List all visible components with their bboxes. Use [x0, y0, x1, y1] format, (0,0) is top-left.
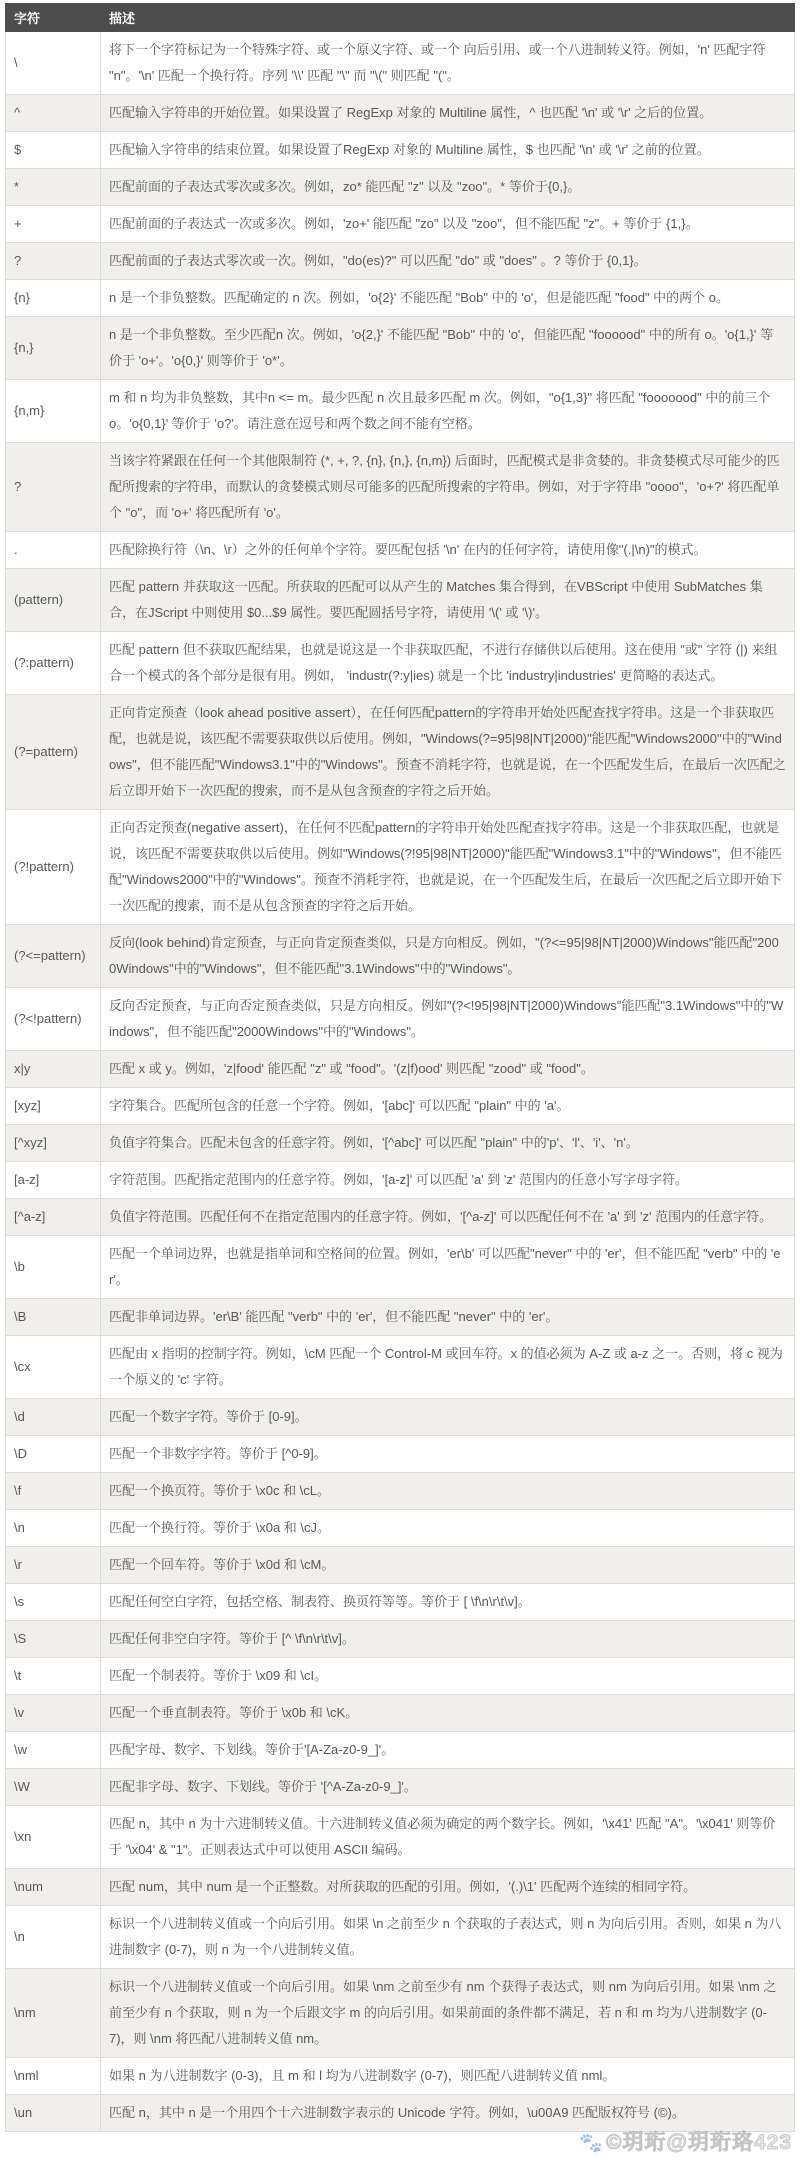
- table-row: \S匹配任何非空白字符。等价于 [^ \f\n\r\t\v]。: [6, 1621, 795, 1658]
- table-row: \t匹配一个制表符。等价于 \x09 和 \cI。: [6, 1658, 795, 1695]
- char-cell: \un: [6, 2095, 101, 2132]
- char-cell: \nm: [6, 1969, 101, 2058]
- char-cell: [^a-z]: [6, 1199, 101, 1236]
- desc-cell: 正向否定预查(negative assert)，在任何不匹配pattern的字符…: [101, 810, 795, 925]
- desc-cell: 标识一个八进制转义值或一个向后引用。如果 \nm 之前至少有 nm 个获得子表达…: [101, 1969, 795, 2058]
- char-cell: \b: [6, 1236, 101, 1299]
- char-cell: (?<=pattern): [6, 925, 101, 988]
- table-row: \num匹配 num，其中 num 是一个正整数。对所获取的匹配的引用。例如，'…: [6, 1869, 795, 1906]
- table-row: \s匹配任何空白字符，包括空格、制表符、换页符等等。等价于 [ \f\n\r\t…: [6, 1584, 795, 1621]
- table-row: ^匹配输入字符串的开始位置。如果设置了 RegExp 对象的 Multiline…: [6, 95, 795, 132]
- desc-cell: 匹配非字母、数字、下划线。等价于 '[^A-Za-z0-9_]'。: [101, 1769, 795, 1806]
- desc-cell: 负值字符集合。匹配未包含的任意字符。例如，'[^abc]' 可以匹配 "plai…: [101, 1125, 795, 1162]
- table-row: \nml如果 n 为八进制数字 (0-3)，且 m 和 l 均为八进制数字 (0…: [6, 2058, 795, 2095]
- table-row: \xn匹配 n，其中 n 为十六进制转义值。十六进制转义值必须为确定的两个数字长…: [6, 1806, 795, 1869]
- char-cell: {n,m}: [6, 380, 101, 443]
- desc-cell: 当该字符紧跟在任何一个其他限制符 (*, +, ?, {n}, {n,}, {n…: [101, 443, 795, 532]
- desc-cell: 字符集合。匹配所包含的任意一个字符。例如，'[abc]' 可以匹配 "plain…: [101, 1088, 795, 1125]
- desc-cell: 匹配输入字符串的结束位置。如果设置了RegExp 对象的 Multiline 属…: [101, 132, 795, 169]
- table-row: \f匹配一个换页符。等价于 \x0c 和 \cL。: [6, 1473, 795, 1510]
- table-row: \n标识一个八进制转义值或一个向后引用。如果 \n 之前至少 n 个获取的子表达…: [6, 1906, 795, 1969]
- desc-cell: 如果 n 为八进制数字 (0-3)，且 m 和 l 均为八进制数字 (0-7)，…: [101, 2058, 795, 2095]
- table-row: $匹配输入字符串的结束位置。如果设置了RegExp 对象的 Multiline …: [6, 132, 795, 169]
- char-cell: [xyz]: [6, 1088, 101, 1125]
- table-row: (?!pattern)正向否定预查(negative assert)，在任何不匹…: [6, 810, 795, 925]
- desc-cell: 匹配 pattern 但不获取匹配结果，也就是说这是一个非获取匹配，不进行存储供…: [101, 632, 795, 695]
- desc-cell: 匹配输入字符串的开始位置。如果设置了 RegExp 对象的 Multiline …: [101, 95, 795, 132]
- desc-cell: m 和 n 均为非负整数，其中n <= m。最少匹配 n 次且最多匹配 m 次。…: [101, 380, 795, 443]
- char-cell: \v: [6, 1695, 101, 1732]
- desc-cell: 匹配一个单词边界，也就是指单词和空格间的位置。例如，'er\b' 可以匹配"ne…: [101, 1236, 795, 1299]
- table-row: \W匹配非字母、数字、下划线。等价于 '[^A-Za-z0-9_]'。: [6, 1769, 795, 1806]
- table-row: {n,m}m 和 n 均为非负整数，其中n <= m。最少匹配 n 次且最多匹配…: [6, 380, 795, 443]
- desc-cell: 匹配 x 或 y。例如，'z|food' 能匹配 "z" 或 "food"。'(…: [101, 1051, 795, 1088]
- desc-cell: 匹配一个非数字字符。等价于 [^0-9]。: [101, 1436, 795, 1473]
- char-cell: *: [6, 169, 101, 206]
- desc-cell: 正向肯定预查（look ahead positive assert），在任何匹配…: [101, 695, 795, 810]
- desc-cell: 反向(look behind)肯定预查，与正向肯定预查类似，只是方向相反。例如，…: [101, 925, 795, 988]
- table-row: \w匹配字母、数字、下划线。等价于'[A-Za-z0-9_]'。: [6, 1732, 795, 1769]
- table-row: \将下一个字符标记为一个特殊字符、或一个原义字符、或一个 向后引用、或一个八进制…: [6, 32, 795, 95]
- char-cell: \xn: [6, 1806, 101, 1869]
- desc-cell: 匹配前面的子表达式一次或多次。例如，'zo+' 能匹配 "zo" 以及 "zoo…: [101, 206, 795, 243]
- table-row: [^xyz]负值字符集合。匹配未包含的任意字符。例如，'[^abc]' 可以匹配…: [6, 1125, 795, 1162]
- table-row: \D匹配一个非数字字符。等价于 [^0-9]。: [6, 1436, 795, 1473]
- table-row: ?匹配前面的子表达式零次或一次。例如，"do(es)?" 可以匹配 "do" 或…: [6, 243, 795, 280]
- desc-cell: 匹配一个换页符。等价于 \x0c 和 \cL。: [101, 1473, 795, 1510]
- char-cell: (?<!pattern): [6, 988, 101, 1051]
- desc-cell: 匹配字母、数字、下划线。等价于'[A-Za-z0-9_]'。: [101, 1732, 795, 1769]
- char-cell: \f: [6, 1473, 101, 1510]
- char-cell: .: [6, 532, 101, 569]
- table-row: x|y匹配 x 或 y。例如，'z|food' 能匹配 "z" 或 "food"…: [6, 1051, 795, 1088]
- char-cell: \d: [6, 1399, 101, 1436]
- desc-cell: 匹配一个换行符。等价于 \x0a 和 \cJ。: [101, 1510, 795, 1547]
- char-cell: \D: [6, 1436, 101, 1473]
- char-cell: \s: [6, 1584, 101, 1621]
- table-row: (?<!pattern)反向否定预查，与正向否定预查类似，只是方向相反。例如"(…: [6, 988, 795, 1051]
- table-row: {n,}n 是一个非负整数。至少匹配n 次。例如，'o{2,}' 不能匹配 "B…: [6, 317, 795, 380]
- desc-cell: 匹配 n，其中 n 为十六进制转义值。十六进制转义值必须为确定的两个数字长。例如…: [101, 1806, 795, 1869]
- table-row: \B匹配非单词边界。'er\B' 能匹配 "verb" 中的 'er'，但不能匹…: [6, 1299, 795, 1336]
- char-cell: \n: [6, 1906, 101, 1969]
- table-row: \un匹配 n，其中 n 是一个用四个十六进制数字表示的 Unicode 字符。…: [6, 2095, 795, 2132]
- char-cell: (?:pattern): [6, 632, 101, 695]
- table-row: (pattern)匹配 pattern 并获取这一匹配。所获取的匹配可以从产生的…: [6, 569, 795, 632]
- char-cell: ?: [6, 243, 101, 280]
- char-cell: $: [6, 132, 101, 169]
- char-cell: \: [6, 32, 101, 95]
- desc-cell: 反向否定预查，与正向否定预查类似，只是方向相反。例如"(?<!95|98|NT|…: [101, 988, 795, 1051]
- char-cell: (?!pattern): [6, 810, 101, 925]
- desc-cell: 将下一个字符标记为一个特殊字符、或一个原义字符、或一个 向后引用、或一个八进制转…: [101, 32, 795, 95]
- table-row: (?=pattern)正向肯定预查（look ahead positive as…: [6, 695, 795, 810]
- char-cell: (pattern): [6, 569, 101, 632]
- desc-cell: 匹配 n，其中 n 是一个用四个十六进制数字表示的 Unicode 字符。例如，…: [101, 2095, 795, 2132]
- table-row: \r匹配一个回车符。等价于 \x0d 和 \cM。: [6, 1547, 795, 1584]
- char-cell: \S: [6, 1621, 101, 1658]
- desc-cell: n 是一个非负整数。至少匹配n 次。例如，'o{2,}' 不能匹配 "Bob" …: [101, 317, 795, 380]
- char-cell: \n: [6, 1510, 101, 1547]
- char-cell: ^: [6, 95, 101, 132]
- char-cell: \num: [6, 1869, 101, 1906]
- table-row: *匹配前面的子表达式零次或多次。例如，zo* 能匹配 "z" 以及 "zoo"。…: [6, 169, 795, 206]
- table-row: \n匹配一个换行符。等价于 \x0a 和 \cJ。: [6, 1510, 795, 1547]
- desc-cell: 匹配 num，其中 num 是一个正整数。对所获取的匹配的引用。例如，'(.)\…: [101, 1869, 795, 1906]
- table-row: \nm标识一个八进制转义值或一个向后引用。如果 \nm 之前至少有 nm 个获得…: [6, 1969, 795, 2058]
- char-cell: \cx: [6, 1336, 101, 1399]
- table-row: [^a-z]负值字符范围。匹配任何不在指定范围内的任意字符。例如，'[^a-z]…: [6, 1199, 795, 1236]
- char-cell: +: [6, 206, 101, 243]
- char-cell: (?=pattern): [6, 695, 101, 810]
- char-cell: \t: [6, 1658, 101, 1695]
- char-cell: \w: [6, 1732, 101, 1769]
- column-header-char: 字符: [6, 4, 101, 32]
- desc-cell: 匹配一个制表符。等价于 \x09 和 \cI。: [101, 1658, 795, 1695]
- table-row: \v匹配一个垂直制表符。等价于 \x0b 和 \cK。: [6, 1695, 795, 1732]
- desc-cell: 匹配前面的子表达式零次或多次。例如，zo* 能匹配 "z" 以及 "zoo"。*…: [101, 169, 795, 206]
- table-row: ?当该字符紧跟在任何一个其他限制符 (*, +, ?, {n}, {n,}, {…: [6, 443, 795, 532]
- table-row: (?<=pattern)反向(look behind)肯定预查，与正向肯定预查类…: [6, 925, 795, 988]
- char-cell: ?: [6, 443, 101, 532]
- regex-syntax-page: 字符 描述 \将下一个字符标记为一个特殊字符、或一个原义字符、或一个 向后引用、…: [0, 0, 800, 2162]
- desc-cell: 匹配一个数字字符。等价于 [0-9]。: [101, 1399, 795, 1436]
- desc-cell: n 是一个非负整数。匹配确定的 n 次。例如，'o{2}' 不能匹配 "Bob"…: [101, 280, 795, 317]
- regex-syntax-table: 字符 描述 \将下一个字符标记为一个特殊字符、或一个原义字符、或一个 向后引用、…: [5, 3, 795, 2132]
- desc-cell: 匹配一个垂直制表符。等价于 \x0b 和 \cK。: [101, 1695, 795, 1732]
- desc-cell: 匹配前面的子表达式零次或一次。例如，"do(es)?" 可以匹配 "do" 或 …: [101, 243, 795, 280]
- desc-cell: 匹配一个回车符。等价于 \x0d 和 \cM。: [101, 1547, 795, 1584]
- table-row: \b匹配一个单词边界，也就是指单词和空格间的位置。例如，'er\b' 可以匹配"…: [6, 1236, 795, 1299]
- desc-cell: 匹配 pattern 并获取这一匹配。所获取的匹配可以从产生的 Matches …: [101, 569, 795, 632]
- table-row: [xyz]字符集合。匹配所包含的任意一个字符。例如，'[abc]' 可以匹配 "…: [6, 1088, 795, 1125]
- table-row: {n}n 是一个非负整数。匹配确定的 n 次。例如，'o{2}' 不能匹配 "B…: [6, 280, 795, 317]
- table-row: [a-z]字符范围。匹配指定范围内的任意字符。例如，'[a-z]' 可以匹配 '…: [6, 1162, 795, 1199]
- char-cell: [a-z]: [6, 1162, 101, 1199]
- desc-cell: 匹配由 x 指明的控制字符。例如，\cM 匹配一个 Control-M 或回车符…: [101, 1336, 795, 1399]
- table-row: (?:pattern)匹配 pattern 但不获取匹配结果，也就是说这是一个非…: [6, 632, 795, 695]
- char-cell: {n,}: [6, 317, 101, 380]
- desc-cell: 标识一个八进制转义值或一个向后引用。如果 \n 之前至少 n 个获取的子表达式，…: [101, 1906, 795, 1969]
- desc-cell: 匹配非单词边界。'er\B' 能匹配 "verb" 中的 'er'，但不能匹配 …: [101, 1299, 795, 1336]
- char-cell: [^xyz]: [6, 1125, 101, 1162]
- char-cell: \r: [6, 1547, 101, 1584]
- desc-cell: 匹配任何空白字符，包括空格、制表符、换页符等等。等价于 [ \f\n\r\t\v…: [101, 1584, 795, 1621]
- table-row: \cx匹配由 x 指明的控制字符。例如，\cM 匹配一个 Control-M 或…: [6, 1336, 795, 1399]
- desc-cell: 字符范围。匹配指定范围内的任意字符。例如，'[a-z]' 可以匹配 'a' 到 …: [101, 1162, 795, 1199]
- desc-cell: 匹配任何非空白字符。等价于 [^ \f\n\r\t\v]。: [101, 1621, 795, 1658]
- table-row: \d匹配一个数字字符。等价于 [0-9]。: [6, 1399, 795, 1436]
- char-cell: \B: [6, 1299, 101, 1336]
- char-cell: \nml: [6, 2058, 101, 2095]
- char-cell: {n}: [6, 280, 101, 317]
- column-header-desc: 描述: [101, 4, 795, 32]
- table-row: +匹配前面的子表达式一次或多次。例如，'zo+' 能匹配 "zo" 以及 "zo…: [6, 206, 795, 243]
- char-cell: \W: [6, 1769, 101, 1806]
- table-row: .匹配除换行符（\n、\r）之外的任何单个字符。要匹配包括 '\n' 在内的任何…: [6, 532, 795, 569]
- desc-cell: 负值字符范围。匹配任何不在指定范围内的任意字符。例如，'[^a-z]' 可以匹配…: [101, 1199, 795, 1236]
- table-header-row: 字符 描述: [6, 4, 795, 32]
- char-cell: x|y: [6, 1051, 101, 1088]
- desc-cell: 匹配除换行符（\n、\r）之外的任何单个字符。要匹配包括 '\n' 在内的任何字…: [101, 532, 795, 569]
